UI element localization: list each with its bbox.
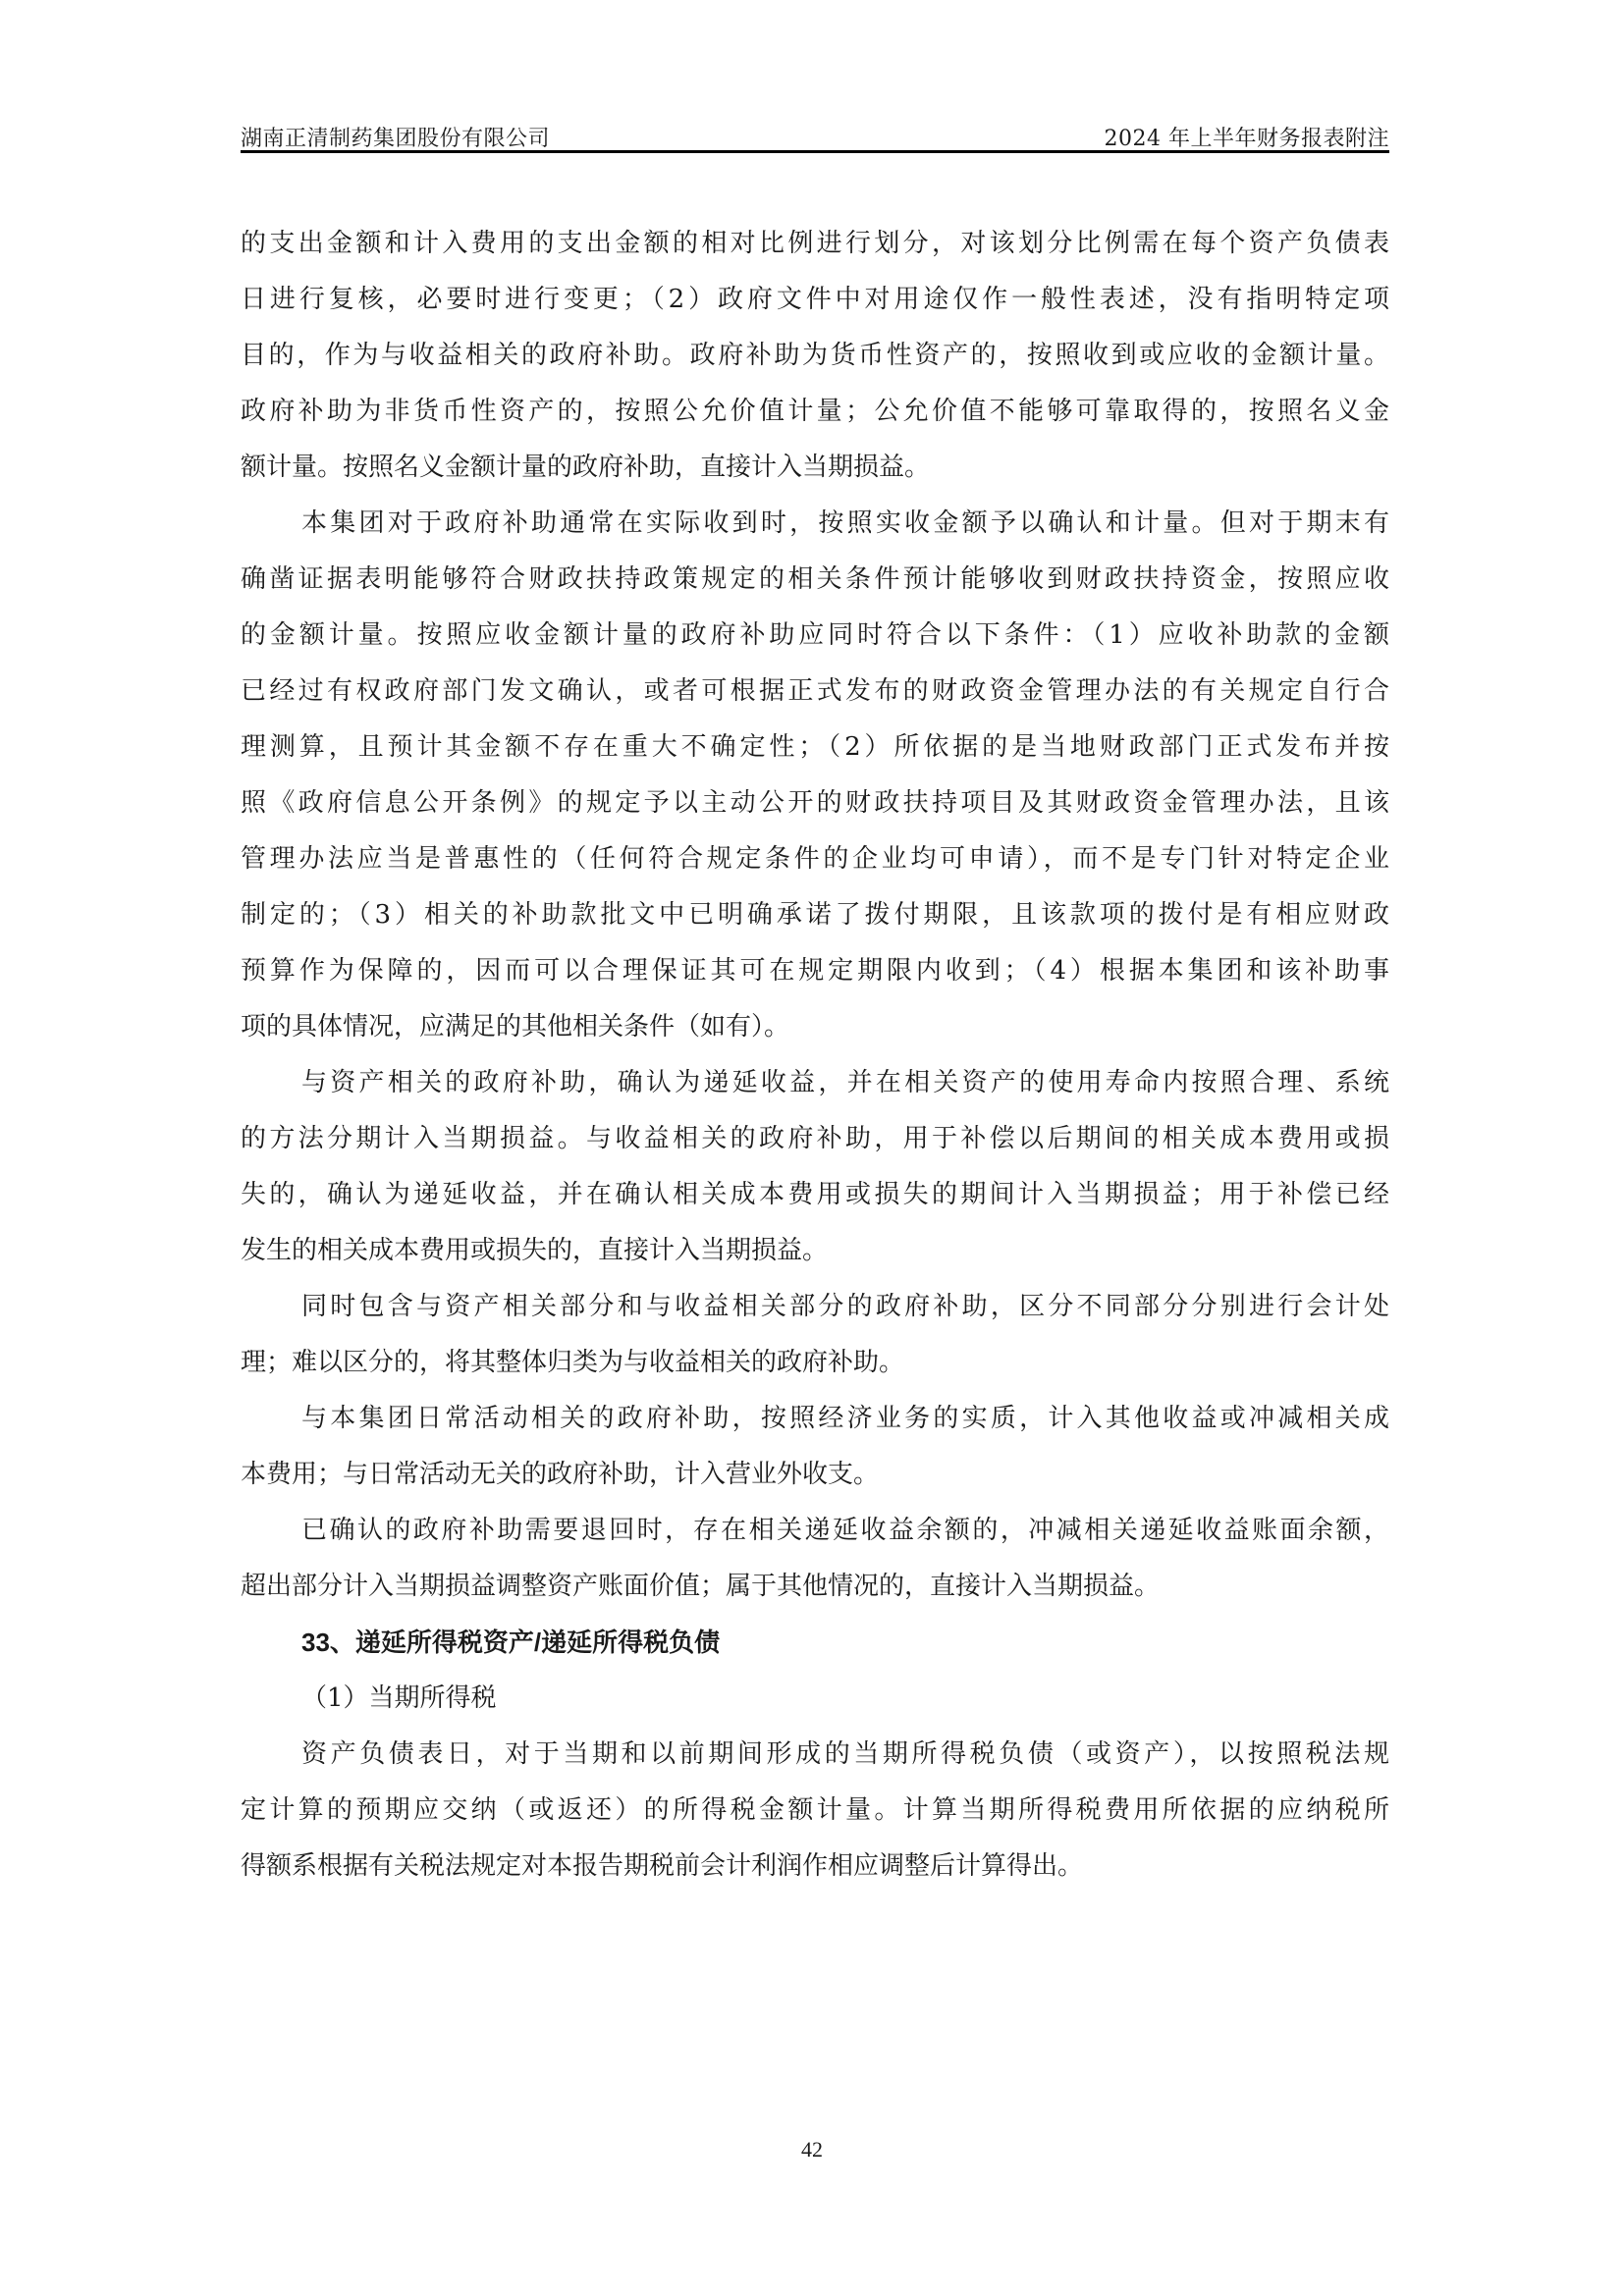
- text-line: 本费用；与日常活动无关的政府补助，计入营业外收支。: [241, 1447, 1389, 1503]
- text-line: 本集团对于政府补助通常在实际收到时，按照实收金额予以确认和计量。但对于期末有: [241, 496, 1389, 552]
- section-heading: 33、递延所得税资产/递延所得税负债: [241, 1615, 1389, 1671]
- text-line: 管理办法应当是普惠性的（任何符合规定条件的企业均可申请），而不是专门针对特定企业: [241, 831, 1389, 887]
- paragraph-daily-activity-subsidy: 与本集团日常活动相关的政府补助，按照经济业务的实质，计入其他收益或冲减相关成 本…: [241, 1391, 1389, 1503]
- text-line: 的金额计量。按照应收金额计量的政府补助应同时符合以下条件：（1）应收补助款的金额: [241, 608, 1389, 664]
- text-line: 同时包含与资产相关部分和与收益相关部分的政府补助，区分不同部分分别进行会计处: [241, 1279, 1389, 1335]
- document-body: 的支出金额和计入费用的支出金额的相对比例进行划分，对该划分比例需在每个资产负债表…: [241, 216, 1389, 1895]
- text-line: 得额系根据有关税法规定对本报告期税前会计利润作相应调整后计算得出。: [241, 1839, 1389, 1895]
- paragraph-continuation: 的支出金额和计入费用的支出金额的相对比例进行划分，对该划分比例需在每个资产负债表…: [241, 216, 1389, 496]
- company-name: 湖南正清制药集团股份有限公司: [241, 122, 550, 152]
- text-line: 项的具体情况，应满足的其他相关条件（如有）。: [241, 999, 1389, 1055]
- paragraph-asset-related-subsidy: 与资产相关的政府补助，确认为递延收益，并在相关资产的使用寿命内按照合理、系统 的…: [241, 1055, 1389, 1279]
- text-line: 发生的相关成本费用或损失的，直接计入当期损益。: [241, 1223, 1389, 1279]
- page-header: 湖南正清制药集团股份有限公司 2024 年上半年财务报表附注: [241, 114, 1389, 153]
- text-line: 理测算，且预计其金额不存在重大不确定性；（2）所依据的是当地财政部门正式发布并按: [241, 720, 1389, 775]
- text-line: 制定的；（3）相关的补助款批文中已明确承诺了拨付期限，且该款项的拨付是有相应财政: [241, 887, 1389, 943]
- text-line: 确凿证据表明能够符合财政扶持政策规定的相关条件预计能够收到财政扶持资金，按照应收: [241, 552, 1389, 608]
- paragraph-current-income-tax: 资产负债表日，对于当期和以前期间形成的当期所得税负债（或资产），以按照税法规 定…: [241, 1727, 1389, 1895]
- text-line: 与资产相关的政府补助，确认为递延收益，并在相关资产的使用寿命内按照合理、系统: [241, 1055, 1389, 1111]
- paragraph-subsidy-refund: 已确认的政府补助需要退回时，存在相关递延收益余额的，冲减相关递延收益账面余额， …: [241, 1503, 1389, 1615]
- section-subheading: （1）当期所得税: [241, 1671, 1389, 1727]
- text-line: 的方法分期计入当期损益。与收益相关的政府补助，用于补偿以后期间的相关成本费用或损: [241, 1111, 1389, 1167]
- text-line: 与本集团日常活动相关的政府补助，按照经济业务的实质，计入其他收益或冲减相关成: [241, 1391, 1389, 1447]
- text-line: 日进行复核，必要时进行变更；（2）政府文件中对用途仅作一般性表述，没有指明特定项: [241, 272, 1389, 328]
- text-line: 目的，作为与收益相关的政府补助。政府补助为货币性资产的，按照收到或应收的金额计量…: [241, 328, 1389, 384]
- text-line: 超出部分计入当期损益调整资产账面价值；属于其他情况的，直接计入当期损益。: [241, 1559, 1389, 1615]
- paragraph-receivable-subsidy: 本集团对于政府补助通常在实际收到时，按照实收金额予以确认和计量。但对于期末有 确…: [241, 496, 1389, 1055]
- text-line: 定计算的预期应交纳（或返还）的所得税金额计量。计算当期所得税费用所依据的应纳税所: [241, 1783, 1389, 1839]
- text-line: 照《政府信息公开条例》的规定予以主动公开的财政扶持项目及其财政资金管理办法，且该: [241, 775, 1389, 831]
- text-line: 的支出金额和计入费用的支出金额的相对比例进行划分，对该划分比例需在每个资产负债表: [241, 216, 1389, 272]
- text-line: 预算作为保障的，因而可以合理保证其可在规定期限内收到；（4）根据本集团和该补助事: [241, 943, 1389, 999]
- text-line: 额计量。按照名义金额计量的政府补助，直接计入当期损益。: [241, 440, 1389, 496]
- text-line: 失的，确认为递延收益，并在确认相关成本费用或损失的期间计入当期损益；用于补偿已经: [241, 1167, 1389, 1223]
- header-divider: [241, 150, 1389, 153]
- page-number: 42: [0, 2137, 1624, 2163]
- text-line: 政府补助为非货币性资产的，按照公允价值计量；公允价值不能够可靠取得的，按照名义金: [241, 384, 1389, 440]
- text-line: 已确认的政府补助需要退回时，存在相关递延收益余额的，冲减相关递延收益账面余额，: [241, 1503, 1389, 1559]
- text-line: 理；难以区分的，将其整体归类为与收益相关的政府补助。: [241, 1335, 1389, 1391]
- paragraph-mixed-subsidy: 同时包含与资产相关部分和与收益相关部分的政府补助，区分不同部分分别进行会计处 理…: [241, 1279, 1389, 1391]
- report-title: 2024 年上半年财务报表附注: [1105, 122, 1389, 152]
- text-line: 资产负债表日，对于当期和以前期间形成的当期所得税负债（或资产），以按照税法规: [241, 1727, 1389, 1783]
- text-line: 已经过有权政府部门发文确认，或者可根据正式发布的财政资金管理办法的有关规定自行合: [241, 664, 1389, 720]
